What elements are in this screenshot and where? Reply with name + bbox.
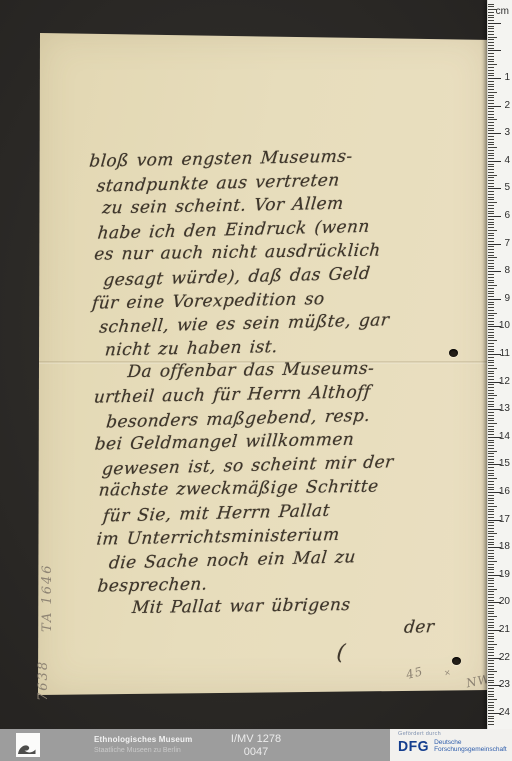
ruler-tick [488,260,494,261]
ruler-tick [488,647,494,648]
ruler-number: 15 [494,458,510,469]
ruler-tick [488,288,494,289]
pencil-note-vertical-lower: 7638 [36,639,51,701]
ruler-tick [488,453,494,454]
ruler-number: 17 [494,514,510,525]
ruler-tick [488,70,494,71]
ruler-tick [488,144,494,145]
ruler-tick [488,360,494,361]
ruler-tick [488,310,494,311]
ruler-tick [488,420,494,421]
ruler-tick [488,235,494,236]
ruler-tick [488,475,494,476]
ruler-tick [488,166,494,167]
ruler-tick [488,282,494,283]
ruler-number: 16 [494,486,510,497]
ruler-number: 1 [494,72,510,83]
ruler-tick [488,15,494,16]
ruler-tick [488,663,494,664]
ruler-tick [488,649,494,650]
ruler-tick [488,255,494,256]
ruler-unit-label: cm [496,6,509,17]
ruler-tick [488,362,494,363]
ruler-tick [488,442,494,443]
ruler-tick [488,28,494,29]
ruler-tick [488,611,494,612]
ruler-tick [488,23,501,24]
ruler: cm 1234567891011121314151617181920212223… [487,0,512,729]
ruler-tick [488,418,494,419]
ruler-tick [488,233,494,234]
ruler-tick [488,724,494,725]
ruler-number: 5 [494,182,510,193]
ruler-number: 2 [494,100,510,111]
ruler-tick [488,699,497,700]
ruler-tick [488,20,494,21]
ruler-tick [488,252,494,253]
ruler-tick [488,125,494,126]
ruler-tick [488,644,497,645]
ruler-tick [488,202,497,203]
ruler-tick [488,304,494,305]
ruler-number: 21 [494,624,510,635]
ruler-tick [488,199,494,200]
ruler-tick [488,180,494,181]
ruler-tick [488,48,494,49]
ruler-tick [488,506,497,507]
ruler-tick [488,150,494,151]
document-page: bloß vom engsten Museums-standpunkte aus… [36,31,492,697]
ruler-tick [488,415,494,416]
pencil-note-x-mark: × [443,667,453,677]
ruler-tick [488,365,494,366]
ruler-tick [488,142,494,143]
ruler-tick [488,89,494,90]
ruler-number: 20 [494,596,510,607]
ruler-tick [488,285,497,286]
ruler-tick [488,119,497,120]
ruler-tick [488,318,494,319]
ruler-tick [488,531,494,532]
ruler-tick [488,315,494,316]
ruler-number: 10 [494,320,510,331]
ruler-tick [488,638,494,639]
ruler-tick [488,509,494,510]
ruler-tick [488,280,494,281]
ruler-tick [488,387,494,388]
ruler-tick [488,197,494,198]
ruler-tick [488,691,494,692]
ruler-tick [488,669,494,670]
ruler-tick [488,230,497,231]
handwriting-block: bloß vom engsten Museums-standpunkte aus… [89,143,475,669]
ruler-tick [488,307,494,308]
ruler-tick [488,533,497,534]
ruler-tick [488,59,494,60]
ruler-number: 22 [494,652,510,663]
ruler-tick [488,313,497,314]
ruler-tick [488,666,494,667]
ruler-tick [488,641,494,642]
ruler-number: 13 [494,403,510,414]
ruler-tick [488,470,494,471]
ruler-tick [488,147,497,148]
ruler-tick [488,122,494,123]
ruler-tick [488,373,494,374]
dfg-logo: DFG [398,738,429,755]
ruler-tick [488,9,497,10]
ruler-tick [488,45,494,46]
ruler-tick [488,390,494,391]
ruler-tick [488,528,494,529]
ruler-tick [488,619,494,620]
ruler-number: 24 [494,707,510,718]
ruler-number: 14 [494,431,510,442]
ruler-tick [488,53,494,54]
ruler-tick [488,451,497,452]
ruler-number: 18 [494,541,510,552]
ruler-tick [488,456,494,457]
ruler-tick [488,556,494,557]
ruler-tick [488,332,494,333]
ruler-tick [488,337,494,338]
funding-section: Gefördert durch DFG Deutsche Forschungsg… [390,729,512,761]
ruler-tick [488,208,494,209]
ruler-tick [488,257,497,258]
ruler-number: 6 [494,210,510,221]
ruler-tick [488,401,494,402]
ruler-tick [488,498,494,499]
ruler-tick [488,6,494,7]
ruler-tick [488,500,494,501]
ruler-tick [488,484,494,485]
ruler-tick [488,224,494,225]
ruler-tick [488,343,494,344]
ruler-number: 11 [494,348,510,359]
ruler-tick [488,114,494,115]
ruler-tick [488,97,494,98]
ruler-tick [488,426,494,427]
ruler-tick [488,56,494,57]
ruler-tick [488,169,494,170]
ruler-tick [488,586,494,587]
dfg-org-line2: Forschungsgemeinschaft [434,746,507,753]
ruler-tick [488,12,494,13]
ruler-tick [488,445,494,446]
photo-background: bloß vom engsten Museums-standpunkte aus… [0,0,512,729]
ruler-number: 12 [494,376,510,387]
ruler-tick [488,263,494,264]
ruler-tick [488,194,494,195]
ruler-tick [488,594,494,595]
ruler-tick [488,42,494,43]
ruler-tick [488,205,494,206]
ruler-tick [488,84,494,85]
ruler-number: 4 [494,155,510,166]
ruler-tick [488,277,494,278]
ruler-tick [488,227,494,228]
ruler-tick [488,696,494,697]
ruler-tick [488,561,497,562]
ruler-tick [488,702,494,703]
ruler-tick [488,671,497,672]
ruler-tick [488,429,494,430]
ruler-tick [488,721,494,722]
ruler-tick [488,616,497,617]
pencil-note-vertical-upper: TA 1646 [40,532,55,632]
ruler-tick [488,139,494,140]
ruler-tick [488,31,494,32]
ruler-tick [488,67,494,68]
ruler-tick [488,591,494,592]
digitized-document-viewer: bloß vom engsten Museums-standpunkte aus… [0,0,512,761]
ruler-tick [488,636,494,637]
ruler-tick [488,481,494,482]
ruler-tick [488,26,494,27]
ruler-number: 7 [494,238,510,249]
ruler-tick [488,589,497,590]
ruler-tick [488,677,494,678]
ruler-number: 3 [494,127,510,138]
ruler-tick [488,478,497,479]
ruler-tick [488,177,494,178]
punch-hole-lower [452,657,461,665]
ruler-tick [488,473,494,474]
ruler-number: 8 [494,265,510,276]
punch-hole-upper [449,349,458,357]
ruler-tick [488,86,494,87]
ruler-tick [488,291,494,292]
ruler-tick [488,34,494,35]
ruler-tick [488,172,494,173]
ruler-tick [488,564,494,565]
ruler-tick [488,61,494,62]
ruler-tick [488,718,494,719]
ruler-tick [488,580,494,581]
ruler-tick [488,536,494,537]
ruler-tick [488,553,494,554]
ruler-tick [488,398,494,399]
ruler-tick [488,111,494,112]
ruler-tick [488,525,494,526]
ruler-tick [488,503,494,504]
ruler-tick [488,705,494,706]
ruler-tick [488,393,494,394]
ruler-number: 9 [494,293,510,304]
ruler-tick [488,558,494,559]
ruler-tick [488,539,494,540]
ruler-tick [488,511,494,512]
ruler-number: 23 [494,679,510,690]
ruler-tick [488,50,501,51]
ruler-tick [488,153,494,154]
ruler-number: 19 [494,569,510,580]
ruler-tick [488,249,494,250]
ruler-tick [488,674,494,675]
ruler-tick [488,340,497,341]
ruler-tick [488,448,494,449]
ruler-tick [488,567,494,568]
ruler-tick [488,346,494,347]
ruler-tick [488,395,497,396]
ruler-tick [488,335,494,336]
ruler-tick [488,371,494,372]
ruler-tick [488,95,494,96]
ruler-tick [488,622,494,623]
footer-bar: Ethnologisches Museum Staatliche Museen … [0,729,512,761]
dfg-org-line1: Deutsche [434,739,507,746]
ruler-tick [488,222,494,223]
funding-prefix: Gefördert durch [398,731,512,737]
ruler-tick [488,92,497,93]
ruler-tick [488,4,494,5]
ruler-tick [488,423,497,424]
ruler-tick [488,117,494,118]
ruler-tick [488,368,497,369]
dfg-org-name: Deutsche Forschungsgemeinschaft [434,739,507,753]
ruler-tick [488,583,494,584]
ruler-tick [488,175,497,176]
ruler-tick [488,694,494,695]
ruler-tick [488,608,494,609]
ruler-tick [488,613,494,614]
ruler-tick [488,37,497,38]
ruler-tick [488,64,497,65]
ruler-tick [488,17,494,18]
ruler-tick [488,39,494,40]
